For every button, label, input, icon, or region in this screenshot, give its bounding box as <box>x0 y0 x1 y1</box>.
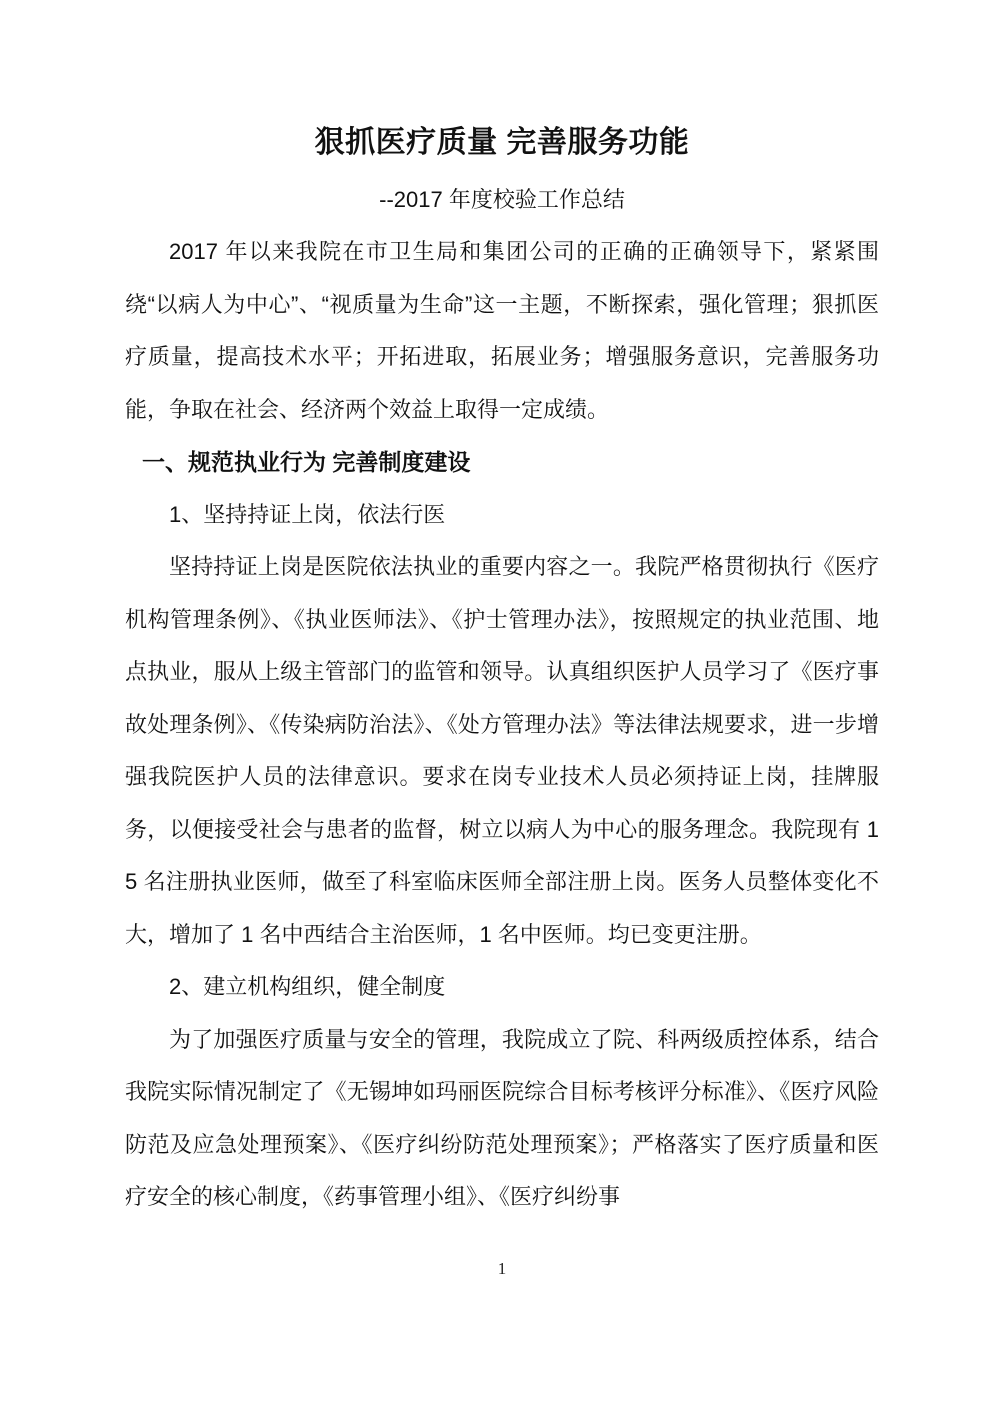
subsection-1-body: 坚持持证上岗是医院依法执业的重要内容之一。我院严格贯彻执行《医疗机构管理条例》、… <box>125 541 879 961</box>
subsection-2-body: 为了加强医疗质量与安全的管理，我院成立了院、科两级质控体系，结合我院实际情况制定… <box>125 1014 879 1224</box>
document-content: 狠抓医疗质量 完善服务功能 --2017 年度校验工作总结 2017 年以来我院… <box>0 0 1000 1280</box>
intro-paragraph: 2017 年以来我院在市卫生局和集团公司的正确的正确领导下，紧紧围绕“以病人为中… <box>125 226 879 436</box>
section-1-heading: 一、规范执业行为 完善制度建设 <box>142 436 879 489</box>
document-subtitle: --2017 年度校验工作总结 <box>125 174 879 226</box>
page-number: 1 <box>125 1258 879 1280</box>
document-title: 狠抓医疗质量 完善服务功能 <box>125 0 879 166</box>
subsection-1-heading: 1、坚持持证上岗，依法行医 <box>125 489 879 542</box>
document-page: 狠抓医疗质量 完善服务功能 --2017 年度校验工作总结 2017 年以来我院… <box>0 0 1000 1415</box>
subsection-2-heading: 2、建立机构组织，健全制度 <box>125 961 879 1014</box>
